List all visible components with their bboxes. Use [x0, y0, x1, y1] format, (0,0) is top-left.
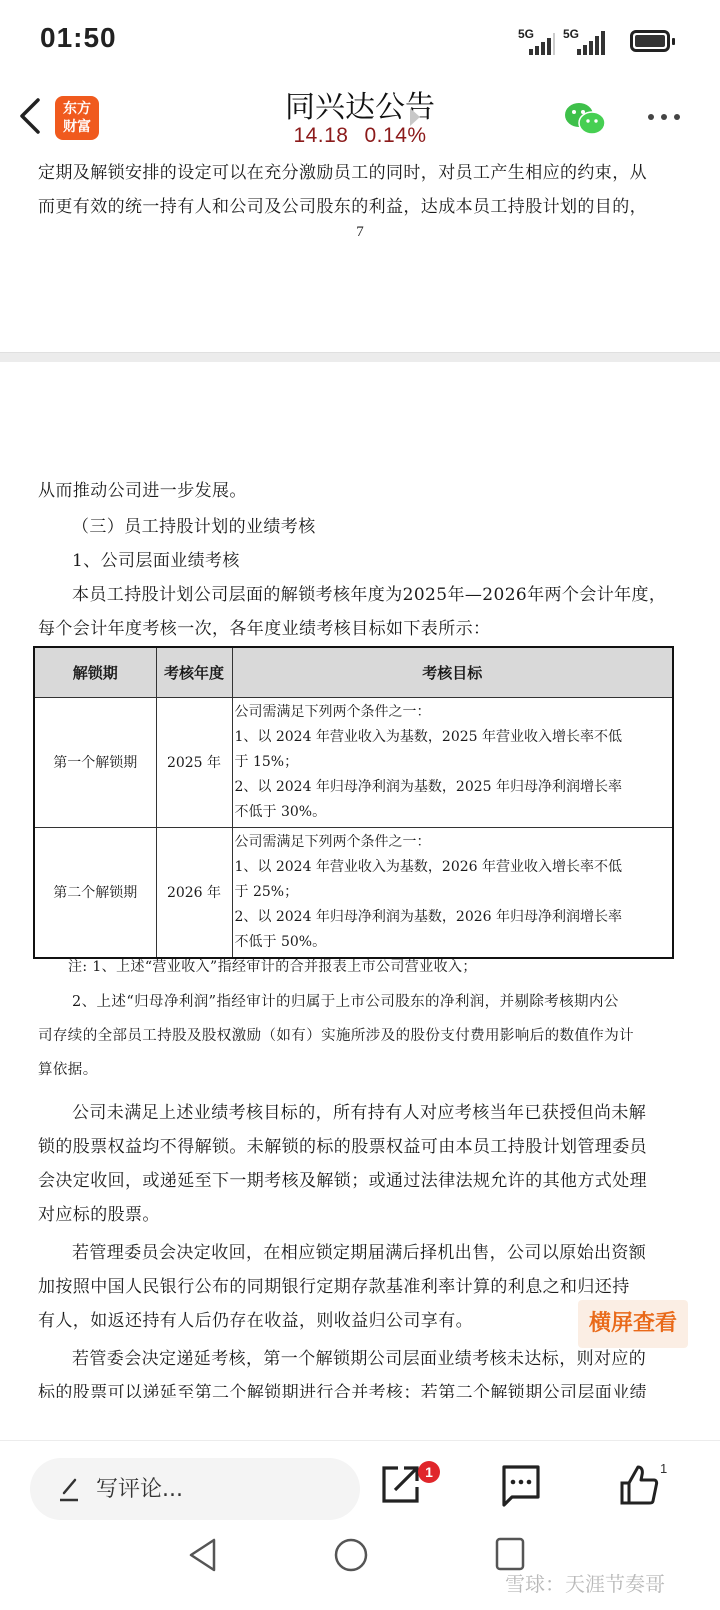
system-nav-bar: 雪球：天涯节奏哥 — [0, 1520, 720, 1610]
note-line: 算依据。 — [38, 1058, 688, 1079]
battery-icon — [630, 30, 670, 52]
bottom-action-bar: 写评论... 1 1 — [0, 1440, 720, 1520]
share-icon — [380, 1463, 422, 1505]
table-header-row: 解锁期 考核年度 考核目标 — [34, 647, 673, 697]
comments-button[interactable] — [500, 1463, 550, 1513]
stock-change: 0.14% — [365, 124, 427, 147]
text-line: 若管理委员会决定收回，在相应锁定期届满后择机出售，公司以原始出资额 — [72, 1238, 720, 1263]
status-bar: 01:50 5G 5G — [0, 0, 720, 80]
page-number: 7 — [0, 224, 720, 241]
text-line: 会决定收回，或递延至下一期考核及解锁；或通过法律法规允许的其他方式处理 — [38, 1166, 688, 1191]
pencil-icon — [58, 1476, 82, 1502]
text-line: 加按照中国人民银行公布的同期银行定期存款基准利率计算的利息之和归还持 — [38, 1272, 688, 1297]
notification-badge: 1 — [418, 1461, 440, 1483]
year-cell: 2025 年 — [156, 697, 232, 827]
target-cell: 公司需满足下列两个条件之一： 1、以 2024 年营业收入为基数，2026 年营… — [232, 827, 673, 958]
clock: 01:50 — [40, 22, 117, 54]
header: 东方 财富 同兴达公告 14.180.14% — [0, 80, 720, 158]
text-line: 公司未满足上述业绩考核目标的，所有持有人对应考核当年已获授但尚未解 — [72, 1098, 720, 1123]
text-line: 标的股票可以递延至第二个解锁期进行合并考核；若第二个解锁期公司层面业绩 — [38, 1378, 688, 1398]
nav-home-icon[interactable] — [333, 1537, 369, 1573]
section-heading: （三）员工持股计划的业绩考核 — [72, 512, 720, 537]
table-row: 第一个解锁期 2025 年 公司需满足下列两个条件之一： 1、以 2024 年营… — [34, 697, 673, 827]
landscape-view-button[interactable]: 横屏查看 — [578, 1300, 688, 1348]
text-line: 本员工持股计划公司层面的解锁考核年度为2025年—2026年两个会计年度， — [72, 580, 720, 605]
stock-price: 14.18 — [293, 124, 348, 147]
text-line: 而更有效的统一持有人和公司及公司股东的利益，达成本员工持股计划的目的， — [38, 192, 688, 217]
wechat-icon — [563, 100, 607, 138]
column-header: 考核年度 — [156, 647, 232, 697]
comment-placeholder: 写评论... — [96, 1472, 183, 1503]
period-cell: 第一个解锁期 — [34, 697, 156, 827]
note-line: 司存续的全部员工持股及股权激励（如有）实施所涉及的股份支付费用影响后的数值作为计 — [38, 1024, 688, 1045]
page-title: 同兴达公告 — [0, 82, 720, 126]
comment-icon — [500, 1463, 542, 1507]
nav-back-icon[interactable] — [188, 1538, 218, 1572]
text-line: 对应标的股票。 — [38, 1200, 688, 1225]
signal-icon: 5G — [518, 27, 554, 55]
wechat-share-button[interactable] — [563, 100, 607, 138]
more-icon — [648, 114, 654, 120]
text-line: 锁的股票权益均不得解锁。未解锁的标的股票权益可由本员工持股计划管理委员 — [38, 1132, 688, 1157]
signal-icon: 5G — [563, 27, 603, 55]
year-cell: 2026 年 — [156, 827, 232, 958]
text-line: 每个会计年度考核一次，各年度业绩考核目标如下表所示： — [38, 614, 688, 639]
comment-input[interactable]: 写评论... — [30, 1458, 360, 1520]
note-line: 2、上述“归母净利润”指经审计的归属于上市公司股东的净利润，并剔除考核期内公 — [72, 990, 720, 1011]
stock-quote[interactable]: 14.180.14% — [0, 124, 720, 148]
nav-recents-icon[interactable] — [495, 1537, 527, 1571]
assessment-table: 解锁期 考核年度 考核目标 第一个解锁期 2025 年 公司需满足下列两个条件之… — [33, 646, 674, 959]
text-line: 从而推动公司进一步发展。 — [38, 476, 688, 501]
page-divider — [0, 352, 720, 362]
text-line: 定期及解锁安排的设定可以在充分激励员工的同时，对员工产生相应的约束，从 — [38, 158, 688, 183]
note-line: 注: 1、上述“营业收入”指经审计的合并报表上市公司营业收入； — [68, 956, 718, 976]
like-count: 1 — [660, 1461, 667, 1476]
subheading: 1、公司层面业绩考核 — [72, 546, 720, 571]
column-header: 考核目标 — [232, 647, 673, 697]
table-row: 第二个解锁期 2026 年 公司需满足下列两个条件之一： 1、以 2024 年营… — [34, 827, 673, 958]
period-cell: 第二个解锁期 — [34, 827, 156, 958]
target-cell: 公司需满足下列两个条件之一： 1、以 2024 年营业收入为基数，2025 年营… — [232, 697, 673, 827]
forward-arrow-icon[interactable] — [410, 108, 420, 126]
watermark: 雪球：天涯节奏哥 — [505, 1568, 665, 1597]
document-viewer[interactable]: 定期及解锁安排的设定可以在充分激励员工的同时，对员工产生相应的约束，从 而更有效… — [0, 158, 720, 1398]
column-header: 解锁期 — [34, 647, 156, 697]
more-button[interactable] — [648, 114, 680, 120]
thumbs-up-icon — [618, 1463, 660, 1507]
